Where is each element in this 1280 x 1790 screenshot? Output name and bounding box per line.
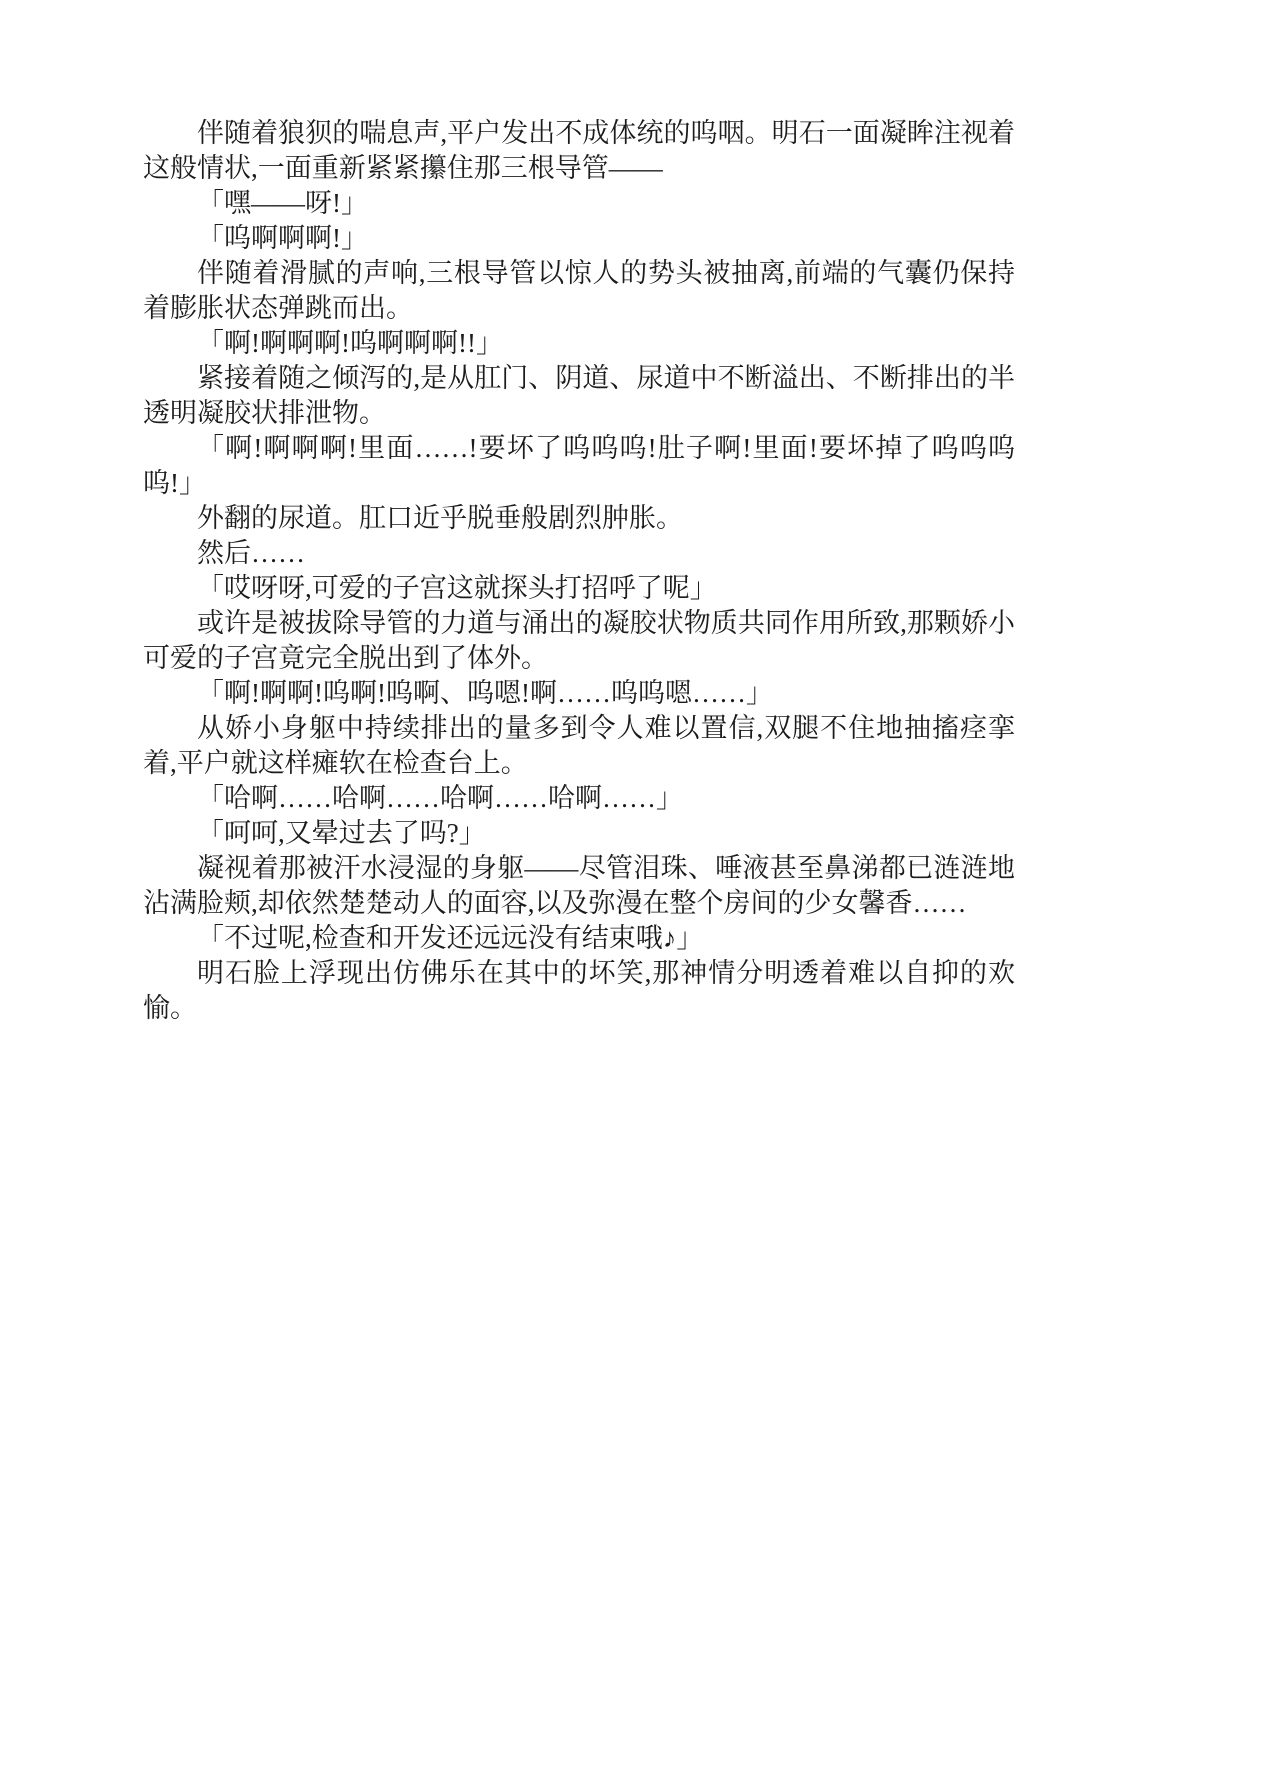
narration-paragraph: 明石脸上浮现出仿佛乐在其中的坏笑,那神情分明透着难以自抑的欢愉。 [143, 956, 1015, 1026]
dialogue-line: 「啊!啊啊啊!里面……!要坏了呜呜呜!肚子啊!里面!要坏掉了呜呜呜呜!」 [143, 431, 1015, 501]
document-page: 伴随着狼狈的喘息声,平户发出不成体统的呜咽。明石一面凝眸注视着这般情状,一面重新… [0, 0, 1280, 1790]
dialogue-line: 「哈啊……哈啊……哈啊……哈啊……」 [143, 781, 1015, 816]
narration-paragraph: 外翻的尿道。肛口近乎脱垂般剧烈肿胀。 [143, 501, 1015, 536]
dialogue-line: 「啊!啊啊!呜啊!呜啊、呜嗯!啊……呜呜嗯……」 [143, 676, 1015, 711]
narration-paragraph: 然后…… [143, 536, 1015, 571]
dialogue-line: 「啊!啊啊啊!呜啊啊啊!!」 [143, 326, 1015, 361]
narration-paragraph: 凝视着那被汗水浸湿的身躯——尽管泪珠、唾液甚至鼻涕都已涟涟地沾满脸颊,却依然楚楚… [143, 851, 1015, 921]
narration-paragraph: 或许是被拔除导管的力道与涌出的凝胶状物质共同作用所致,那颗娇小可爱的子宫竟完全脱… [143, 606, 1015, 676]
dialogue-line: 「哎呀呀,可爱的子宫这就探头打招呼了呢」 [143, 571, 1015, 606]
narration-paragraph: 伴随着滑腻的声响,三根导管以惊人的势头被抽离,前端的气囊仍保持着膨胀状态弹跳而出… [143, 256, 1015, 326]
dialogue-line: 「不过呢,检查和开发还远远没有结束哦♪」 [143, 921, 1015, 956]
dialogue-line: 「嘿——呀!」 [143, 186, 1015, 221]
narration-paragraph: 伴随着狼狈的喘息声,平户发出不成体统的呜咽。明石一面凝眸注视着这般情状,一面重新… [143, 116, 1015, 186]
narration-paragraph: 紧接着随之倾泻的,是从肛门、阴道、尿道中不断溢出、不断排出的半透明凝胶状排泄物。 [143, 361, 1015, 431]
text-block: 伴随着狼狈的喘息声,平户发出不成体统的呜咽。明石一面凝眸注视着这般情状,一面重新… [143, 116, 1015, 1026]
dialogue-line: 「呵呵,又晕过去了吗?」 [143, 816, 1015, 851]
dialogue-line: 「呜啊啊啊!」 [143, 221, 1015, 256]
narration-paragraph: 从娇小身躯中持续排出的量多到令人难以置信,双腿不住地抽搐痉挛着,平户就这样瘫软在… [143, 711, 1015, 781]
